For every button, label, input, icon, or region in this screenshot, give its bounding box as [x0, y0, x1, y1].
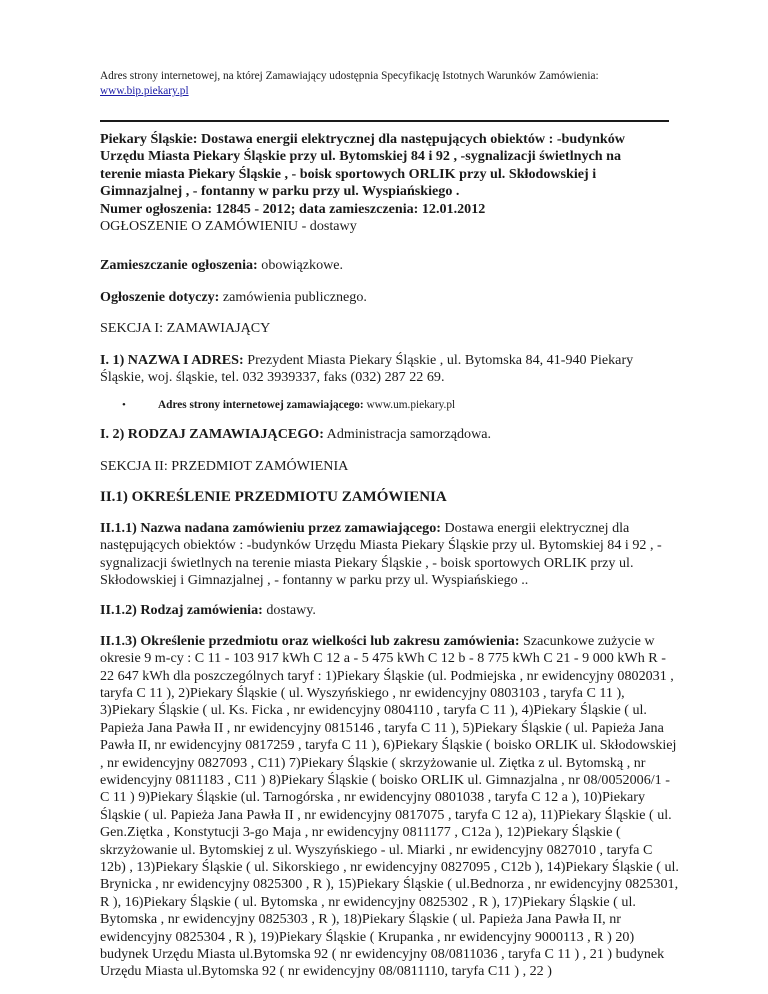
concerns-value: zamówienia publicznego. [219, 289, 367, 305]
concerns-field: Ogłoszenie dotyczy: zamówienia publiczne… [100, 289, 680, 306]
title-line-2: Urzędu Miasta Piekary Śląskie przy ul. B… [100, 148, 621, 164]
bip-link[interactable]: www.bip.piekary.pl [100, 85, 189, 97]
notice-title: Piekary Śląskie: Dostawa energii elektry… [100, 131, 680, 235]
item-1-label: II.1.1) Nazwa nadana zamówieniu przez za… [100, 520, 441, 536]
concerns-label: Ogłoszenie dotyczy: [100, 289, 219, 305]
title-line-1: Piekary Śląskie: Dostawa energii elektry… [100, 131, 625, 147]
subject-heading-text: II.1) OKREŚLENIE PRZEDMIOTU ZAMÓWIENIA [100, 489, 447, 505]
name-address-field: I. 1) NAZWA I ADRES: Prezydent Miasta Pi… [100, 352, 680, 387]
item-1-field: II.1.1) Nazwa nadana zamówieniu przez za… [100, 520, 680, 590]
header-note: Adres strony internetowej, na której Zam… [100, 69, 720, 99]
subject-heading: II.1) OKREŚLENIE PRZEDMIOTU ZAMÓWIENIA [100, 489, 680, 506]
name-address-label: I. 1) NAZWA I ADRES: [100, 352, 244, 368]
posting-label: Zamieszczanie ogłoszenia: [100, 257, 258, 273]
website-value: www.um.piekary.pl [364, 399, 455, 411]
item-3-value: Szacunkowe zużycie w okresie 9 m-cy : C … [100, 633, 679, 980]
notice-number: Numer ogłoszenia: 12845 - 2012; data zam… [100, 201, 485, 217]
item-3-field: II.1.3) Określenie przedmiotu oraz wielk… [100, 633, 680, 981]
title-line-3: terenie miasta Piekary Śląskie , - boisk… [100, 166, 596, 182]
contracting-type-value: Administracja samorządowa. [324, 426, 491, 442]
website-label: Adres strony internetowej zamawiającego: [158, 399, 364, 411]
item-2-label: II.1.2) Rodzaj zamówienia: [100, 602, 263, 618]
notice-type: OGŁOSZENIE O ZAMÓWIENIU - dostawy [100, 218, 357, 234]
posting-value: obowiązkowe. [258, 257, 343, 273]
notice-body: Piekary Śląskie: Dostawa energii elektry… [100, 131, 680, 981]
header-note-text: Adres strony internetowej, na której Zam… [100, 70, 599, 82]
bullet-icon: • [122, 398, 158, 413]
item-3-label: II.1.3) Określenie przedmiotu oraz wielk… [100, 633, 520, 649]
website-bullet: • Adres strony internetowej zamawiająceg… [122, 398, 680, 413]
contracting-type-field: I. 2) RODZAJ ZAMAWIAJĄCEGO: Administracj… [100, 426, 680, 443]
posting-field: Zamieszczanie ogłoszenia: obowiązkowe. [100, 257, 680, 274]
section-1-heading: SEKCJA I: ZAMAWIAJĄCY [100, 320, 680, 337]
item-2-value: dostawy. [263, 602, 316, 618]
horizontal-rule [100, 120, 669, 122]
contracting-type-label: I. 2) RODZAJ ZAMAWIAJĄCEGO: [100, 426, 324, 442]
title-line-4: Gimnazjalnej , - fontanny w parku przy u… [100, 183, 459, 199]
item-2-field: II.1.2) Rodzaj zamówienia: dostawy. [100, 602, 680, 619]
section-2-heading: SEKCJA II: PRZEDMIOT ZAMÓWIENIA [100, 458, 680, 475]
